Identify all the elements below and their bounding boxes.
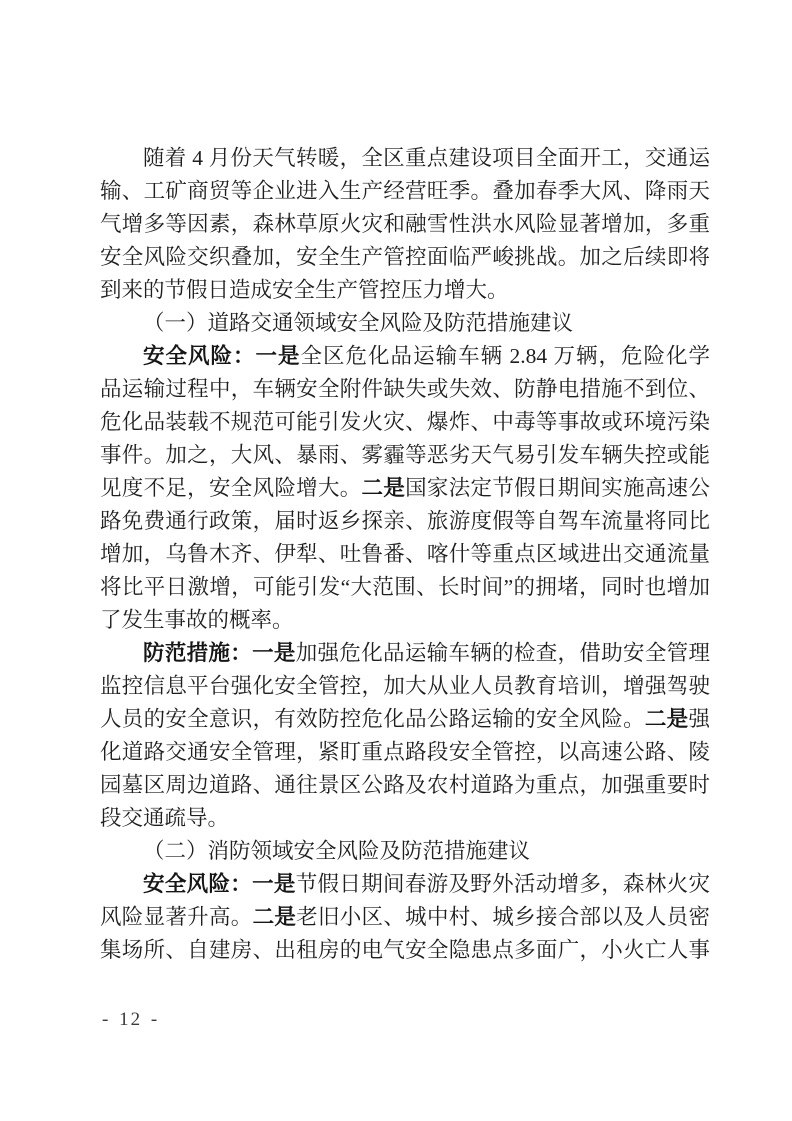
body-text: 国家法定节假日期间实施高速公 [405, 476, 710, 500]
emphasis-text: 安全风险： [143, 872, 252, 896]
body-text: 路免费通行政策，届时返乡探亲、旅游度假等自驾车流量将同比 [100, 509, 710, 533]
document-page: 随着 4 月份天气转暖，全区重点建设项目全面开工，交通运输、工矿商贸等企业进入生… [0, 0, 792, 1121]
body-text: （二）消防领域安全风险及防范措施建议 [143, 839, 530, 863]
text-line: 品运输过程中，车辆安全附件缺失或失效、防静电措施不到位、 [100, 373, 710, 406]
body-text: 随着 4 月份天气转暖，全区重点建设项目全面开工，交通运 [143, 146, 710, 170]
body-text: 将比平日激增，可能引发“大范围、长时间”的拥堵，同时也增加 [100, 575, 710, 599]
text-line: 化道路交通安全管理，紧盯重点路段安全管控，以高速公路、陵 [100, 736, 710, 769]
emphasis-text: 一是 [252, 872, 296, 896]
body-text: 园墓区周边道路、通往景区公路及农村道路为重点，加强重要时 [100, 773, 710, 797]
page-number: - 12 - [102, 1007, 159, 1033]
body-text: 强 [688, 707, 710, 731]
text-line: 输、工矿商贸等企业进入生产经营旺季。叠加春季大风、降雨天 [100, 175, 710, 208]
text-line: 安全风险：一是节假日期间春游及野外活动增多，森林火灾 [100, 868, 710, 901]
text-block: 随着 4 月份天气转暖，全区重点建设项目全面开工，交通运输、工矿商贸等企业进入生… [100, 142, 710, 967]
body-text: 到来的节假日造成安全生产管控压力增大。 [100, 278, 509, 302]
text-line: 园墓区周边道路、通往景区公路及农村道路为重点，加强重要时 [100, 769, 710, 802]
text-line: 监控信息平台强化安全管控，加大从业人员教育培训，增强驾驶 [100, 670, 710, 703]
body-text: 增加，乌鲁木齐、伊犁、吐鲁番、喀什等重点区域进出交通流量 [100, 542, 710, 566]
body-text: 段交通疏导。 [100, 806, 229, 830]
body-text: 监控信息平台强化安全管控，加大从业人员教育培训，增强驾驶 [100, 674, 710, 698]
text-line: 集场所、自建房、出租房的电气安全隐患点多面广，小火亡人事 [100, 934, 710, 967]
text-line: 段交通疏导。 [100, 802, 710, 835]
text-line: 气增多等因素，森林草原火灾和融雪性洪水风险显著增加，多重 [100, 208, 710, 241]
text-line: 随着 4 月份天气转暖，全区重点建设项目全面开工，交通运 [100, 142, 710, 175]
text-line: 安全风险：一是全区危化品运输车辆 2.84 万辆，危险化学 [100, 340, 710, 373]
emphasis-text: 一是 [256, 344, 301, 368]
emphasis-text: 二是 [253, 905, 297, 929]
body-text: 节假日期间春游及野外活动增多，森林火灾 [296, 872, 710, 896]
text-line: 见度不足，安全风险增大。二是国家法定节假日期间实施高速公 [100, 472, 710, 505]
body-text: 加强危化品运输车辆的检查，借助安全管理 [296, 641, 710, 665]
text-line: 增加，乌鲁木齐、伊犁、吐鲁番、喀什等重点区域进出交通流量 [100, 538, 710, 571]
text-line: 将比平日激增，可能引发“大范围、长时间”的拥堵，同时也增加 [100, 571, 710, 604]
body-text: （一）道路交通领域安全风险及防范措施建议 [143, 311, 573, 335]
body-text: 集场所、自建房、出租房的电气安全隐患点多面广，小火亡人事 [100, 938, 710, 962]
body-text: 全区危化品运输车辆 2.84 万辆，危险化学 [301, 344, 710, 368]
text-line: 危化品装载不规范可能引发火灾、爆炸、中毒等事故或环境污染 [100, 406, 710, 439]
emphasis-text: 安全风险： [143, 344, 256, 368]
emphasis-text: 防范措施： [143, 641, 252, 665]
body-text: 人员的安全意识，有效防控危化品公路运输的安全风险。 [100, 707, 645, 731]
emphasis-text: 二是 [645, 707, 689, 731]
text-line: 人员的安全意识，有效防控危化品公路运输的安全风险。二是强 [100, 703, 710, 736]
text-line: 防范措施：一是加强危化品运输车辆的检查，借助安全管理 [100, 637, 710, 670]
body-text: 品运输过程中，车辆安全附件缺失或失效、防静电措施不到位、 [100, 377, 710, 401]
body-text: 危化品装载不规范可能引发火灾、爆炸、中毒等事故或环境污染 [100, 410, 710, 434]
body-text: 老旧小区、城中村、城乡接合部以及人员密 [296, 905, 710, 929]
body-text: 见度不足，安全风险增大。 [100, 476, 362, 500]
body-text: 事件。加之，大风、暴雨、雾霾等恶劣天气易引发车辆失控或能 [100, 443, 710, 467]
section-heading: （一）道路交通领域安全风险及防范措施建议 [100, 307, 710, 340]
body-text: 气增多等因素，森林草原火灾和融雪性洪水风险显著增加，多重 [100, 212, 710, 236]
text-line: 安全风险交织叠加，安全生产管控面临严峻挑战。加之后续即将 [100, 241, 710, 274]
text-line: 事件。加之，大风、暴雨、雾霾等恶劣天气易引发车辆失控或能 [100, 439, 710, 472]
body-text: 安全风险交织叠加，安全生产管控面临严峻挑战。加之后续即将 [100, 245, 710, 269]
text-line: 风险显著升高。二是老旧小区、城中村、城乡接合部以及人员密 [100, 901, 710, 934]
body-text: 风险显著升高。 [100, 905, 253, 929]
text-line: 到来的节假日造成安全生产管控压力增大。 [100, 274, 710, 307]
section-heading: （二）消防领域安全风险及防范措施建议 [100, 835, 710, 868]
body-text: 化道路交通安全管理，紧盯重点路段安全管控，以高速公路、陵 [100, 740, 710, 764]
body-text: 输、工矿商贸等企业进入生产经营旺季。叠加春季大风、降雨天 [100, 179, 710, 203]
emphasis-text: 一是 [252, 641, 296, 665]
text-line: 路免费通行政策，届时返乡探亲、旅游度假等自驾车流量将同比 [100, 505, 710, 538]
body-text: 了发生事故的概率。 [100, 608, 294, 632]
text-line: 了发生事故的概率。 [100, 604, 710, 637]
emphasis-text: 二是 [362, 476, 406, 500]
